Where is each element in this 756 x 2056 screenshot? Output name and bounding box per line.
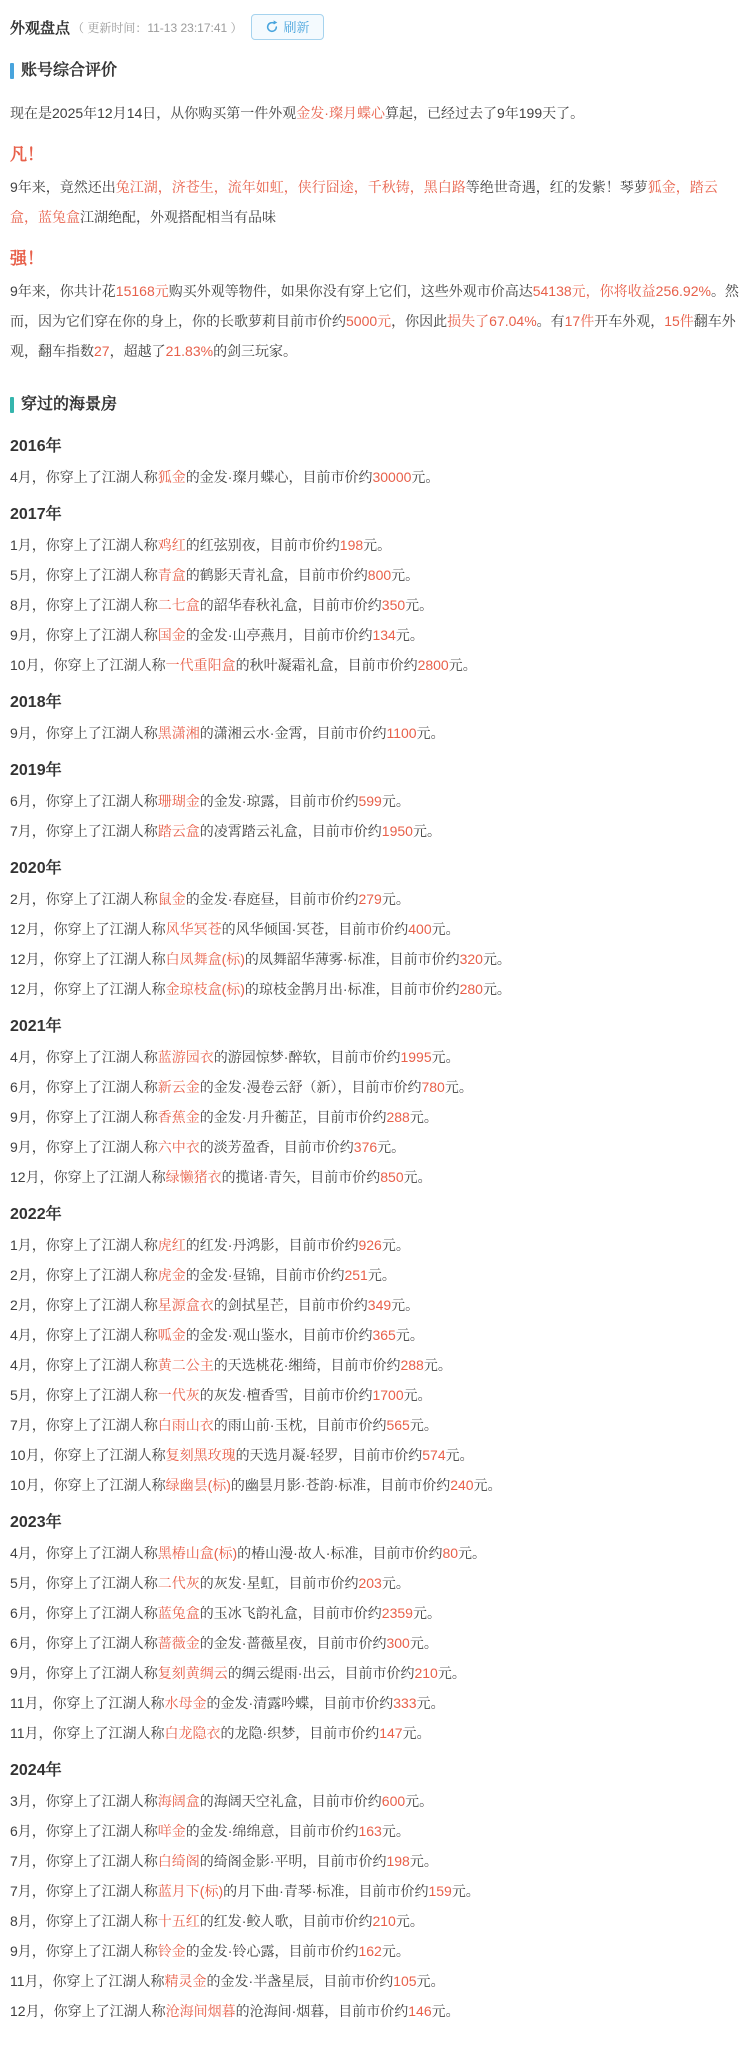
entry-text: ，目前市价约 [284,1297,368,1313]
entry-month: 7月 [10,823,32,839]
year-heading: 2016年 [10,432,744,462]
entry-text: ，你穿上了江湖人称 [32,1793,158,1809]
entry-text: ，目前市价约 [302,1417,386,1433]
item-price: 105 [393,1973,416,1989]
item-nickname: 香蕉金 [158,1109,200,1125]
refresh-button[interactable]: 刷新 [251,14,324,40]
plain-text: 算起，已经过去了9年199天了。 [385,105,584,121]
item-nickname: 二代灰 [158,1575,200,1591]
entry-month: 4月 [10,1545,32,1561]
history-entry: 12月，你穿上了江湖人称沧海间烟暮的沧海间·烟暮，目前市价约146元。 [10,1996,744,2026]
history-entry: 10月，你穿上了江湖人称绿幽昙(标)的幽昙月影·苍韵·标准，目前市价约240元。 [10,1470,744,1500]
history-entry: 1月，你穿上了江湖人称虎红的红发·丹鸿影，目前市价约926元。 [10,1230,744,1260]
rating-strong-heading: 强！ [10,244,744,274]
entry-text: ，你穿上了江湖人称 [39,1695,165,1711]
plain-text: 的剑三玩家。 [213,343,297,359]
entry-text: ，你穿上了江湖人称 [32,1823,158,1839]
entry-text: 元。 [382,1823,410,1839]
history-entry: 4月，你穿上了江湖人称蓝游园衣的游园惊梦·醉软，目前市价约1995元。 [10,1042,744,1072]
plain-text: 开车外观， [594,313,664,329]
item-nickname: 水母金 [165,1695,207,1711]
entry-text: ，你穿上了江湖人称 [32,1267,158,1283]
entry-month: 2月 [10,891,32,907]
year-heading: 2017年 [10,500,744,530]
entry-text: ，你穿上了江湖人称 [40,921,166,937]
item-price: 599 [358,793,381,809]
item-price: 1950 [382,823,413,839]
entry-month: 7月 [10,1853,32,1869]
entry-text: 的 [200,1139,214,1155]
item-price: 349 [368,1297,391,1313]
entry-text: 元。 [411,469,439,485]
entry-text: 的 [237,1545,251,1561]
entry-text: ，你穿上了江湖人称 [40,951,166,967]
entry-month: 7月 [10,1417,32,1433]
item-name: 沧海间·烟暮 [250,2003,325,2019]
entry-text: ，目前市价约 [298,1793,382,1809]
entry-text: 元。 [483,981,511,997]
year-heading: 2019年 [10,756,744,786]
entry-month: 9月 [10,1665,32,1681]
item-name: 金发·漫卷云舒（新） [214,1079,338,1095]
entry-text: ，目前市价约 [324,2003,408,2019]
item-nickname: 十五红 [158,1913,200,1929]
entry-text: ，目前市价约 [296,1169,380,1185]
item-name: 金发·月升蘅芷 [214,1109,303,1125]
item-name: 游园惊梦·醉软 [228,1049,317,1065]
history-entry: 2月，你穿上了江湖人称鼠金的金发·春庭昼，目前市价约279元。 [10,884,744,914]
entry-month: 2月 [10,1297,32,1313]
entry-month: 12月 [10,981,40,997]
entry-text: 元。 [474,1477,502,1493]
entry-month: 9月 [10,725,32,741]
item-price: 300 [386,1635,409,1651]
item-name: 金发·绵绵意 [200,1823,275,1839]
entry-text: 的 [223,1883,237,1899]
entry-text: 元。 [382,1575,410,1591]
entry-text: 元。 [405,597,433,613]
entry-text: ，目前市价约 [316,1049,400,1065]
plain-text: 江湖绝配，外观搭配相当有品味 [80,209,276,225]
entry-text: 的 [200,1109,214,1125]
item-price: 850 [380,1169,403,1185]
item-name: 红发·丹鸿影 [200,1237,275,1253]
plain-text: ，超越了 [110,343,166,359]
entry-text: ，你穿上了江湖人称 [32,1139,158,1155]
entry-text: ，目前市价约 [274,793,358,809]
entry-text: 元。 [391,1297,419,1313]
item-name: 灰发·檀香雪 [214,1387,289,1403]
item-price: 1995 [400,1049,431,1065]
entry-text: 元。 [368,1267,396,1283]
entry-text: 元。 [432,921,460,937]
entry-text: 元。 [410,1417,438,1433]
item-nickname: 国金 [158,627,186,643]
entry-month: 6月 [10,793,32,809]
entry-text: ，你穿上了江湖人称 [32,1853,158,1869]
topbar: 外观盘点 （ 更新时间：11-13 23:17:41 ） 刷新 [10,14,744,40]
history-entry: 6月，你穿上了江湖人称蓝兔盒的玉冰飞韵礼盒，目前市价约2359元。 [10,1598,744,1628]
item-nickname: 珊瑚金 [158,793,200,809]
item-name: 秋叶凝霜礼盒 [250,657,334,673]
entry-text: ，你穿上了江湖人称 [40,1447,166,1463]
entry-text: ，你穿上了江湖人称 [32,823,158,839]
entry-text: ，你穿上了江湖人称 [40,981,166,997]
item-price: 163 [358,1823,381,1839]
entry-month: 6月 [10,1079,32,1095]
item-nickname: 鸡红 [158,537,186,553]
entry-text: ，你穿上了江湖人称 [32,469,158,485]
entry-text: ，目前市价约 [302,1109,386,1125]
entry-text: ，你穿上了江湖人称 [32,1327,158,1343]
plain-text: 9年来，竟然还出 [10,179,116,195]
entry-text: 元。 [396,1327,424,1343]
entry-text: 的 [200,597,214,613]
item-price: 251 [344,1267,367,1283]
entry-text: ，目前市价约 [344,1883,428,1899]
entry-text: ，目前市价约 [337,1079,421,1095]
entry-text: ，目前市价约 [302,1635,386,1651]
entry-text: 元。 [432,1049,460,1065]
entry-text: ，目前市价约 [376,951,460,967]
highlight-text: 损失了67.04% [447,313,536,329]
highlight-text: 5000元 [346,313,391,329]
item-nickname: 一代重阳盒 [166,657,236,673]
entry-month: 4月 [10,1049,32,1065]
item-nickname: 鼠金 [158,891,186,907]
entry-text: ，目前市价约 [270,1139,354,1155]
entry-text: 元。 [452,1883,480,1899]
entry-text: ，你穿上了江湖人称 [32,597,158,613]
history-entry: 7月，你穿上了江湖人称白雨山衣的雨山前·玉枕，目前市价约565元。 [10,1410,744,1440]
entry-text: ，你穿上了江湖人称 [32,1913,158,1929]
history-entry: 3月，你穿上了江湖人称海阔盒的海阔天空礼盒，目前市价约600元。 [10,1786,744,1816]
entry-text: ，目前市价约 [309,1695,393,1711]
history-entry: 11月，你穿上了江湖人称精灵金的金发·半盏星辰，目前市价约105元。 [10,1966,744,1996]
history-entry: 5月，你穿上了江湖人称二代灰的灰发·星虹，目前市价约203元。 [10,1568,744,1598]
entry-text: 的 [245,951,259,967]
entry-text: 的 [200,1079,214,1095]
item-name: 金发·山亭燕月 [200,627,289,643]
entry-text: 的 [207,1695,221,1711]
item-price: 320 [460,951,483,967]
entry-text: 元。 [404,1169,432,1185]
history-entry: 6月，你穿上了江湖人称珊瑚金的金发·琼露，目前市价约599元。 [10,786,744,816]
entry-text: ，目前市价约 [288,1387,372,1403]
entry-month: 7月 [10,1883,32,1899]
item-price: 198 [340,537,363,553]
entry-month: 9月 [10,627,32,643]
year-heading: 2024年 [10,1756,744,1786]
entry-text: ，目前市价约 [274,1237,358,1253]
history-entry: 4月，你穿上了江湖人称黑椿山盒(标)的椿山漫·故人·标准，目前市价约80元。 [10,1538,744,1568]
entry-text: ，目前市价约 [338,1447,422,1463]
entry-text: 的 [214,1417,228,1433]
entry-text: 元。 [396,627,424,643]
item-price: 30000 [372,469,411,485]
history-entry: 2月，你穿上了江湖人称星源盒衣的剑拭星芒，目前市价约349元。 [10,1290,744,1320]
item-name: 琼枝金鹊月出·标准 [259,981,376,997]
update-time: （ 更新时间：11-13 23:17:41 ） [72,19,243,36]
entry-text: ，你穿上了江湖人称 [32,725,158,741]
entry-text: ，你穿上了江湖人称 [32,1297,158,1313]
entry-text: 的 [207,1973,221,1989]
item-price: 800 [368,567,391,583]
entry-text: ，你穿上了江湖人称 [40,657,166,673]
item-nickname: 蓝月下(标) [158,1883,223,1899]
item-price: 203 [358,1575,381,1591]
item-price: 365 [372,1327,395,1343]
entry-text: 元。 [391,567,419,583]
entry-text: 的 [236,2003,250,2019]
entry-month: 6月 [10,1605,32,1621]
entry-text: ，你穿上了江湖人称 [32,1545,158,1561]
entry-text: 元。 [410,1109,438,1125]
entry-text: ，目前市价约 [309,1973,393,1989]
entry-text: ，你穿上了江湖人称 [32,627,158,643]
item-nickname: 踏云盒 [158,823,200,839]
entry-text: 的 [200,1635,214,1651]
item-name: 揽诸·青矢 [236,1169,297,1185]
item-price: 288 [400,1357,423,1373]
item-price: 400 [408,921,431,937]
plain-text: 现在是2025年12月14日，从你购买第一件外观 [10,105,296,121]
item-price: 376 [354,1139,377,1155]
item-nickname: 绿幽昙(标) [166,1477,231,1493]
entry-text: 的 [186,1943,200,1959]
item-price: 147 [379,1725,402,1741]
item-name: 天选桃花·缃绮 [228,1357,317,1373]
item-name: 金发·昼锦 [200,1267,261,1283]
entry-text: ，你穿上了江湖人称 [40,2003,166,2019]
entry-text: 的 [200,1387,214,1403]
year-heading: 2020年 [10,854,744,884]
fan-paragraph: 9年来，竟然还出兔江湖，济苍生，流年如虹，侠行囧途，千秋铸，黑白路等绝世奇遇，红… [10,172,744,232]
entry-text: 的 [222,1169,236,1185]
entry-text: ，你穿上了江湖人称 [39,1973,165,1989]
entry-month: 11月 [10,1973,39,1989]
history-entry: 7月，你穿上了江湖人称白绮阁的绮阁金影·平明，目前市价约198元。 [10,1846,744,1876]
entry-text: 的 [186,627,200,643]
entry-text: 的 [200,1853,214,1869]
history-entry: 4月，你穿上了江湖人称狐金的金发·璨月蝶心，目前市价约30000元。 [10,462,744,492]
entry-text: ，目前市价约 [334,657,418,673]
entry-text: 元。 [405,1793,433,1809]
entry-month: 10月 [10,1477,40,1493]
history-entry: 11月，你穿上了江湖人称白龙隐衣的龙隐·织梦，目前市价约147元。 [10,1718,744,1748]
entry-text: ，你穿上了江湖人称 [32,567,158,583]
item-nickname: 黄二公主 [158,1357,214,1373]
history-entry: 9月，你穿上了江湖人称黑潇湘的潇湘云水·金霄，目前市价约1100元。 [10,718,744,748]
entry-month: 12月 [10,2003,40,2019]
plain-text: 9年来，你共计花 [10,283,116,299]
entry-month: 8月 [10,597,32,613]
entry-text: ，你穿上了江湖人称 [32,1883,158,1899]
item-price: 333 [393,1695,416,1711]
entry-month: 12月 [10,951,40,967]
entry-text: ，目前市价约 [295,1725,379,1741]
entry-text: 的 [200,1793,214,1809]
item-price: 279 [358,891,381,907]
plain-text: 。有 [537,313,565,329]
item-nickname: 白凤舞盒(标) [166,951,245,967]
item-name: 金发·清露吟蝶 [221,1695,310,1711]
entry-text: 的 [186,1237,200,1253]
entry-text: 元。 [483,951,511,967]
entry-text: 的 [186,469,200,485]
entry-text: ，你穿上了江湖人称 [40,1477,166,1493]
entry-text: ，目前市价约 [260,1267,344,1283]
item-nickname: 蓝兔盒 [158,1605,200,1621]
entry-text: ，目前市价约 [302,1853,386,1869]
item-price: 159 [428,1883,451,1899]
item-nickname: 黑潇湘 [158,725,200,741]
item-name: 金发·半盏星辰 [221,1973,310,1989]
section-accent-bar [10,63,14,79]
entry-text: 元。 [396,1913,424,1929]
item-nickname: 铃金 [158,1943,186,1959]
entry-month: 9月 [10,1943,32,1959]
history-entry: 12月，你穿上了江湖人称绿懒猪衣的揽诸·青矢，目前市价约850元。 [10,1162,744,1192]
item-name: 潇湘云水·金霄 [214,725,303,741]
entry-month: 10月 [10,657,40,673]
plain-text: 购买外观等物件，如果你没有穿上它们，这些外观市价高达 [169,283,533,299]
item-name: 幽昙月影·苍韵·标准 [245,1477,366,1493]
entry-text: 的 [200,823,214,839]
history-entry: 5月，你穿上了江湖人称一代灰的灰发·檀香雪，目前市价约1700元。 [10,1380,744,1410]
highlight-text: 21.83% [166,343,213,359]
entry-text: ，目前市价约 [366,1477,450,1493]
entry-month: 6月 [10,1635,32,1651]
entry-text: 的 [222,921,236,937]
history-entry: 7月，你穿上了江湖人称踏云盒的凌霄踏云礼盒，目前市价约1950元。 [10,816,744,846]
entry-text: ，目前市价约 [274,1823,358,1839]
entry-text: ，你穿上了江湖人称 [32,1943,158,1959]
item-name: 韶华春秋礼盒 [214,597,298,613]
entry-text: ，目前市价约 [302,725,386,741]
history-entry: 7月，你穿上了江湖人称蓝月下(标)的月下曲·青琴·标准，目前市价约159元。 [10,1876,744,1906]
item-name: 淡芳盈香 [214,1139,270,1155]
year-heading: 2023年 [10,1508,744,1538]
entry-month: 4月 [10,469,32,485]
item-name: 凤舞韶华薄雾·标准 [259,951,376,967]
item-price: 926 [358,1237,381,1253]
entry-text: 的 [186,1823,200,1839]
item-price: 288 [386,1109,409,1125]
entry-text: 元。 [458,1545,486,1561]
entry-text: 的 [228,1665,242,1681]
entry-text: 的 [186,537,200,553]
entry-text: 元。 [410,1853,438,1869]
item-nickname: 青盒 [158,567,186,583]
item-nickname: 一代灰 [158,1387,200,1403]
item-name: 天选月凝·轻罗 [250,1447,339,1463]
history-entry: 12月，你穿上了江湖人称风华冥苍的风华倾国·冥苍，目前市价约400元。 [10,914,744,944]
item-nickname: 星源盒衣 [158,1297,214,1313]
entry-text: 的 [236,1447,250,1463]
entry-month: 9月 [10,1109,32,1125]
entry-month: 11月 [10,1725,39,1741]
entry-text: ，目前市价约 [256,537,340,553]
entry-month: 2月 [10,1267,32,1283]
history-entry: 9月，你穿上了江湖人称铃金的金发·铃心露，目前市价约162元。 [10,1936,744,1966]
entry-text: ，你穿上了江湖人称 [32,1665,158,1681]
entry-text: ，你穿上了江湖人称 [32,793,158,809]
item-nickname: 狐金 [158,469,186,485]
item-nickname: 白龙隐衣 [165,1725,221,1741]
entry-text: 的 [214,1357,228,1373]
entry-month: 5月 [10,567,32,583]
item-nickname: 呱金 [158,1327,186,1343]
item-nickname: 金琼枝盒(标) [166,981,245,997]
entry-text: ，你穿上了江湖人称 [32,891,158,907]
entry-text: ，目前市价约 [288,627,372,643]
item-nickname: 白绮阁 [158,1853,200,1869]
entry-text: 的 [186,1327,200,1343]
item-price: 574 [422,1447,445,1463]
history-entry: 6月，你穿上了江湖人称咩金的金发·绵绵意，目前市价约163元。 [10,1816,744,1846]
item-nickname: 新云金 [158,1079,200,1095]
item-nickname: 沧海间烟暮 [166,2003,236,2019]
history-entry: 8月，你穿上了江湖人称十五红的红发·鲛人歌，目前市价约210元。 [10,1906,744,1936]
entry-text: ，你穿上了江湖人称 [32,1109,158,1125]
entry-month: 12月 [10,1169,40,1185]
item-name: 鹤影天青礼盒 [200,567,284,583]
item-name: 金发·铃心露 [200,1943,275,1959]
entry-month: 4月 [10,1357,32,1373]
item-name: 剑拭星芒 [228,1297,284,1313]
history-entry: 12月，你穿上了江湖人称白凤舞盒(标)的凤舞韶华薄雾·标准，目前市价约320元。 [10,944,744,974]
item-name: 金发·春庭昼 [200,891,275,907]
item-name: 风华倾国·冥苍 [236,921,325,937]
item-nickname: 咩金 [158,1823,186,1839]
entry-text: 元。 [377,1139,405,1155]
entry-month: 6月 [10,1823,32,1839]
history-entry: 2月，你穿上了江湖人称虎金的金发·昼锦，目前市价约251元。 [10,1260,744,1290]
entry-text: ，目前市价约 [298,823,382,839]
item-nickname: 绿懒猪衣 [166,1169,222,1185]
entry-text: 的 [231,1477,245,1493]
entry-text: ，目前市价约 [376,981,460,997]
item-name: 金发·璨月蝶心 [200,469,289,485]
item-name: 绮阁金影·平明 [214,1853,303,1869]
entry-text: ，你穿上了江湖人称 [32,1635,158,1651]
entry-text: ，你穿上了江湖人称 [39,1725,165,1741]
entry-text: 的 [200,793,214,809]
plain-text: 等绝世奇遇，红的发紫！琴萝 [466,179,648,195]
item-price: 2800 [418,657,449,673]
item-name: 金发·观山鉴水 [200,1327,289,1343]
entry-text: 元。 [382,793,410,809]
entry-text: 的 [214,1297,228,1313]
entry-text: 的 [221,1725,235,1741]
item-nickname: 虎红 [158,1237,186,1253]
wear-history-list: 2016年4月，你穿上了江湖人称狐金的金发·璨月蝶心，目前市价约30000元。2… [10,432,744,2026]
item-name: 月下曲·青琴·标准 [237,1883,344,1899]
entry-text: 的 [200,1913,214,1929]
history-entry: 9月，你穿上了江湖人称六中衣的淡芳盈香，目前市价约376元。 [10,1132,744,1162]
history-entry: 1月，你穿上了江湖人称鸡红的红弦别夜，目前市价约198元。 [10,530,744,560]
history-entry: 11月，你穿上了江湖人称水母金的金发·清露吟蝶，目前市价约333元。 [10,1688,744,1718]
entry-text: ，目前市价约 [288,1327,372,1343]
item-price: 146 [408,2003,431,2019]
entry-text: ，你穿上了江湖人称 [32,1237,158,1253]
entry-text: ，目前市价约 [330,1665,414,1681]
section-title: 穿过的海景房 [21,396,117,414]
entry-text: ，你穿上了江湖人称 [32,1605,158,1621]
history-entry: 9月，你穿上了江湖人称香蕉金的金发·月升蘅芷，目前市价约288元。 [10,1102,744,1132]
entry-text: ，目前市价约 [274,1943,358,1959]
